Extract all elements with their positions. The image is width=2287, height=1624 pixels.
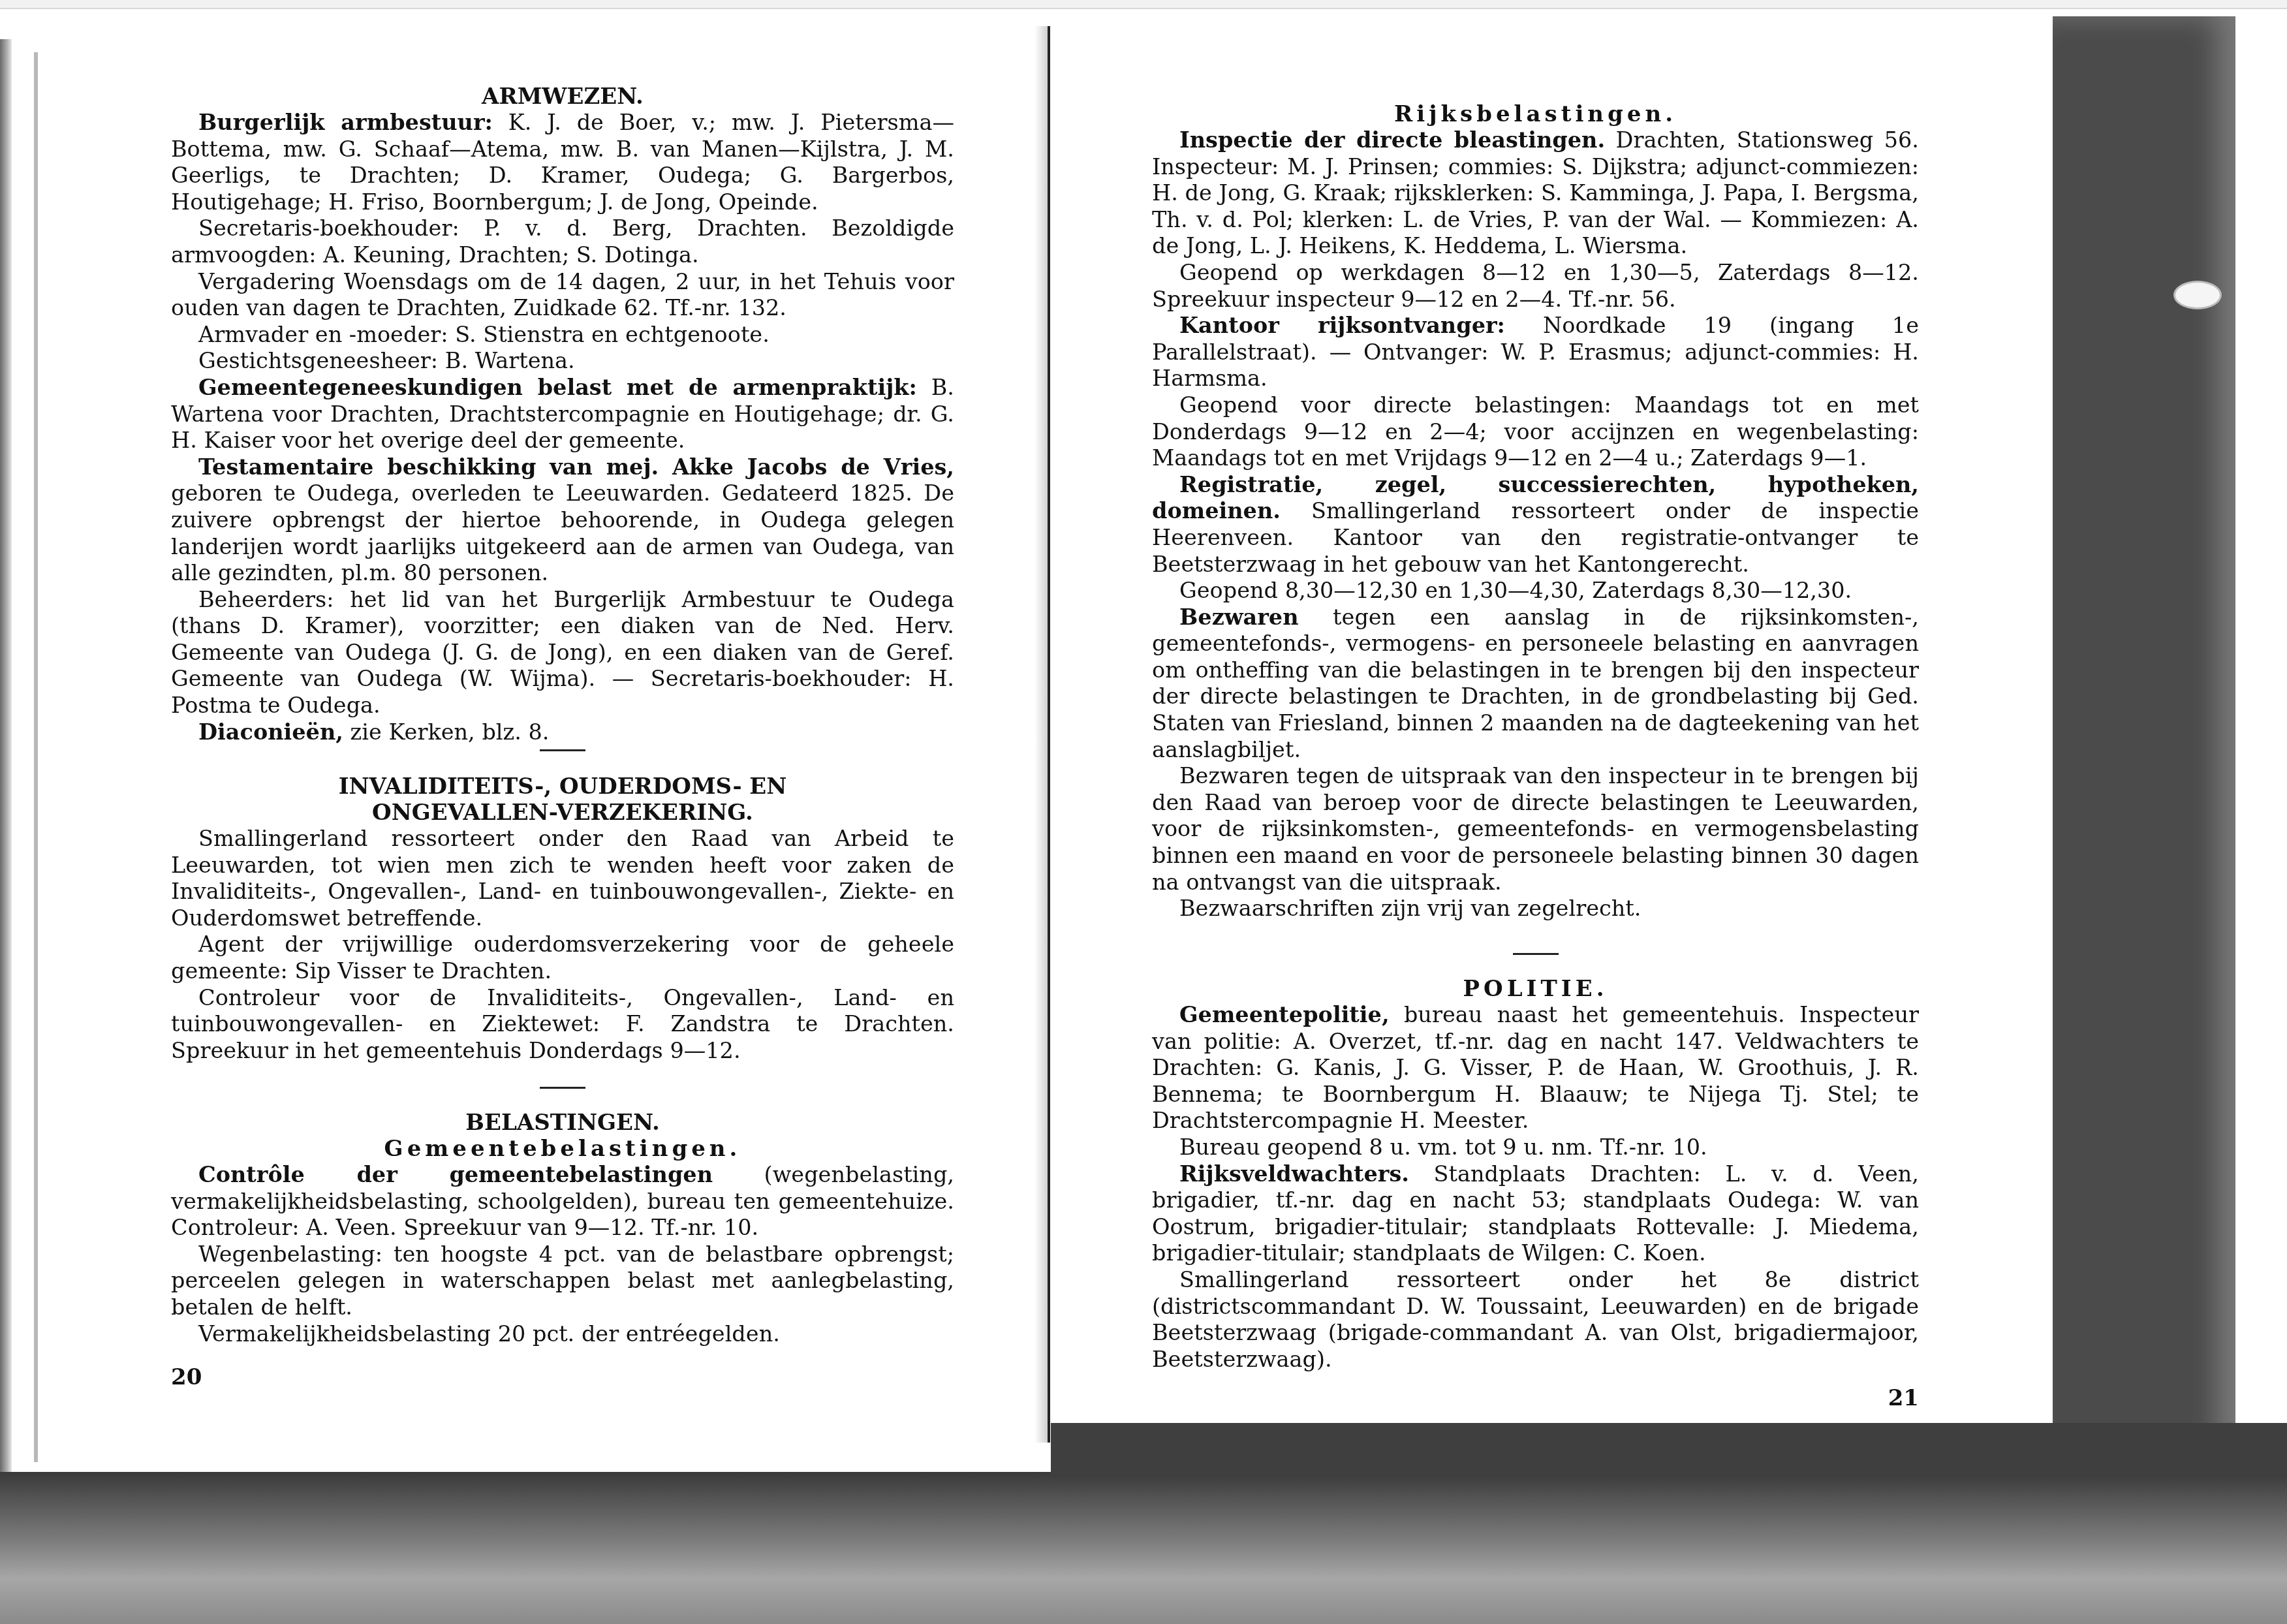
section-politie: POLITIE. Gemeentepolitie, bureau naast h… — [1152, 976, 1919, 1373]
section-subheading: Rijksbelastingen. — [1152, 101, 1919, 127]
section-divider — [540, 749, 585, 751]
section-heading: BELASTINGEN. — [171, 1110, 954, 1136]
scan-background-bottom — [0, 1472, 2287, 1624]
paragraph: Gemeentegeneeskundigen belast met de arm… — [171, 375, 954, 454]
paragraph: Agent der vrijwillige ouderdomsverzekeri… — [171, 931, 954, 984]
paragraph-lead: Bezwaren — [1179, 604, 1299, 630]
paragraph: Gemeentepolitie, bureau naast het gemeen… — [1152, 1002, 1919, 1134]
paragraph-lead: Contrôle der gemeentebelastingen — [198, 1162, 713, 1187]
paragraph-lead: Testamentaire beschikking van mej. Akke … — [198, 454, 954, 480]
paragraph: Bezwaren tegen de uitspraak van den insp… — [1152, 763, 1919, 896]
section-divider — [1513, 953, 1559, 955]
paragraph-text: zie Kerken, blz. 8. — [343, 719, 550, 745]
paragraph: Geopend voor directe belastingen: Maanda… — [1152, 392, 1919, 472]
paragraph-text: geboren te Oudega, overleden te Leeuward… — [171, 480, 954, 586]
scan-background-right — [2053, 16, 2235, 1624]
section-body: Gemeentepolitie, bureau naast het gemeen… — [1152, 1002, 1919, 1373]
paragraph: Smallingerland ressorteert onder den Raa… — [171, 826, 954, 931]
paragraph: Controleur voor de Invaliditeits-, Ongev… — [171, 985, 954, 1065]
paragraph: Secretaris-boekhouder: P. v. d. Berg, Dr… — [171, 215, 954, 268]
divider-wrap — [171, 749, 954, 751]
paragraph-text: Vermakelijkheidsbelasting 20 pct. der en… — [198, 1321, 780, 1347]
paragraph: Beheerders: het lid van het Burgerlijk A… — [171, 587, 954, 719]
paragraph: Bureau geopend 8 u. vm. tot 9 u. nm. Tf.… — [1152, 1134, 1919, 1161]
section-heading: POLITIE. — [1152, 976, 1919, 1002]
paragraph-text: Controleur voor de Invaliditeits-, Ongev… — [171, 985, 954, 1063]
scan-background-bottom-right — [1051, 1423, 2287, 1475]
section-body: Inspectie der directe bleastingen. Drach… — [1152, 127, 1919, 922]
paragraph-lead: Burgerlijk armbestuur: — [198, 110, 493, 135]
paragraph-text: Beheerders: het lid van het Burgerlijk A… — [171, 587, 954, 718]
paragraph: Kantoor rijksontvanger: Noordkade 19 (in… — [1152, 313, 1919, 392]
paragraph-text: Smallingerland ressorteert onder den Raa… — [171, 826, 954, 931]
paragraph-lead: Gemeentepolitie, — [1179, 1002, 1390, 1027]
section-rijksbelastingen: Rijksbelastingen. Inspectie der directe … — [1152, 101, 1919, 922]
paragraph-lead: Kantoor rijksontvanger: — [1179, 313, 1505, 338]
paragraph: Geopend op werkdagen 8—12 en 1,30—5, Zat… — [1152, 260, 1919, 313]
paragraph: Diaconieën, zie Kerken, blz. 8. — [171, 719, 954, 746]
section-body: Smallingerland ressorteert onder den Raa… — [171, 826, 954, 1064]
paragraph-text: Geopend voor directe belastingen: Maanda… — [1152, 392, 1919, 471]
paragraph: Gestichtsgeneesheer: B. Wartena. — [171, 348, 954, 375]
paragraph: Wegenbelasting: ten hoogste 4 pct. van d… — [171, 1241, 954, 1321]
paragraph-lead: Gemeentegeneeskundigen belast met de arm… — [198, 375, 917, 400]
paragraph: Inspectie der directe bleastingen. Drach… — [1152, 127, 1919, 260]
paragraph: Rijksveldwachters. Standplaats Drachten:… — [1152, 1161, 1919, 1267]
book-page-stack-line — [34, 52, 38, 1462]
paragraph-text: Agent der vrijwillige ouderdomsverzekeri… — [171, 931, 954, 984]
section-body: Contrôle der gemeentebelastingen (wegenb… — [171, 1162, 954, 1347]
paragraph-text: Vergadering Woensdags om de 14 dagen, 2 … — [171, 269, 954, 321]
paragraph-text: Geopend op werkdagen 8—12 en 1,30—5, Zat… — [1152, 260, 1919, 312]
paragraph: Armvader en -moeder: S. Stienstra en ech… — [171, 322, 954, 349]
page-number: 20 — [171, 1364, 202, 1390]
paragraph-text: Gestichtsgeneesheer: B. Wartena. — [198, 348, 575, 373]
paragraph: Bezwaarschriften zijn vrij van zegelrech… — [1152, 896, 1919, 922]
book-spine-shade — [1035, 26, 1048, 1443]
section-armwezen: ARMWEZEN. Burgerlijk armbestuur: K. J. d… — [171, 84, 954, 745]
paragraph-text: Wegenbelasting: ten hoogste 4 pct. van d… — [171, 1241, 954, 1320]
paragraph: Vergadering Woensdags om de 14 dagen, 2 … — [171, 269, 954, 322]
paragraph-text: Geopend 8,30—12,30 en 1,30—4,30, Zaterda… — [1179, 578, 1852, 603]
paragraph-lead: Rijksveldwachters. — [1179, 1161, 1409, 1187]
paragraph: Testamentaire beschikking van mej. Akke … — [171, 454, 954, 587]
paragraph: Contrôle der gemeentebelastingen (wegenb… — [171, 1162, 954, 1241]
punch-hole — [2173, 281, 2222, 309]
paragraph: Vermakelijkheidsbelasting 20 pct. der en… — [171, 1321, 954, 1348]
paragraph: Geopend 8,30—12,30 en 1,30—4,30, Zaterda… — [1152, 578, 1919, 604]
paragraph-text: Armvader en -moeder: S. Stienstra en ech… — [198, 322, 770, 347]
paragraph-text: Secretaris-boekhouder: P. v. d. Berg, Dr… — [171, 215, 954, 268]
section-heading: ARMWEZEN. — [171, 84, 954, 110]
divider-wrap — [1152, 953, 1919, 955]
paragraph: Registratie, zegel, successierechten, hy… — [1152, 472, 1919, 578]
paragraph-text: Bureau geopend 8 u. vm. tot 9 u. nm. Tf.… — [1179, 1134, 1707, 1160]
paragraph-lead: Inspectie der directe bleastingen. — [1179, 127, 1605, 153]
book-left-edge-shadow — [0, 39, 12, 1475]
scan-top-edge — [0, 0, 2287, 9]
section-divider — [540, 1087, 585, 1089]
section-belastingen: BELASTINGEN. Gemeentebelastingen. Contrô… — [171, 1110, 954, 1347]
divider-wrap — [171, 1087, 954, 1089]
section-body: Burgerlijk armbestuur: K. J. de Boer, v.… — [171, 110, 954, 745]
section-subheading: Gemeentebelastingen. — [171, 1136, 954, 1162]
paragraph-text: Smallingerland ressorteert onder het 8e … — [1152, 1267, 1919, 1372]
section-verzekering: INVALIDITEITS-, OUDERDOMS- EN ONGEVALLEN… — [171, 773, 954, 1064]
paragraph: Smallingerland ressorteert onder het 8e … — [1152, 1267, 1919, 1373]
page-number: 21 — [1888, 1385, 1919, 1411]
paragraph: Burgerlijk armbestuur: K. J. de Boer, v.… — [171, 110, 954, 215]
book-spine — [1048, 26, 1050, 1443]
section-heading: INVALIDITEITS-, OUDERDOMS- EN ONGEVALLEN… — [171, 773, 954, 826]
paragraph-text: Bezwaarschriften zijn vrij van zegelrech… — [1179, 896, 1641, 921]
paragraph-lead: Diaconieën, — [198, 719, 343, 745]
paragraph: Bezwaren tegen een aanslag in de rijksin… — [1152, 604, 1919, 764]
paragraph-text: Bezwaren tegen de uitspraak van den insp… — [1152, 763, 1919, 894]
